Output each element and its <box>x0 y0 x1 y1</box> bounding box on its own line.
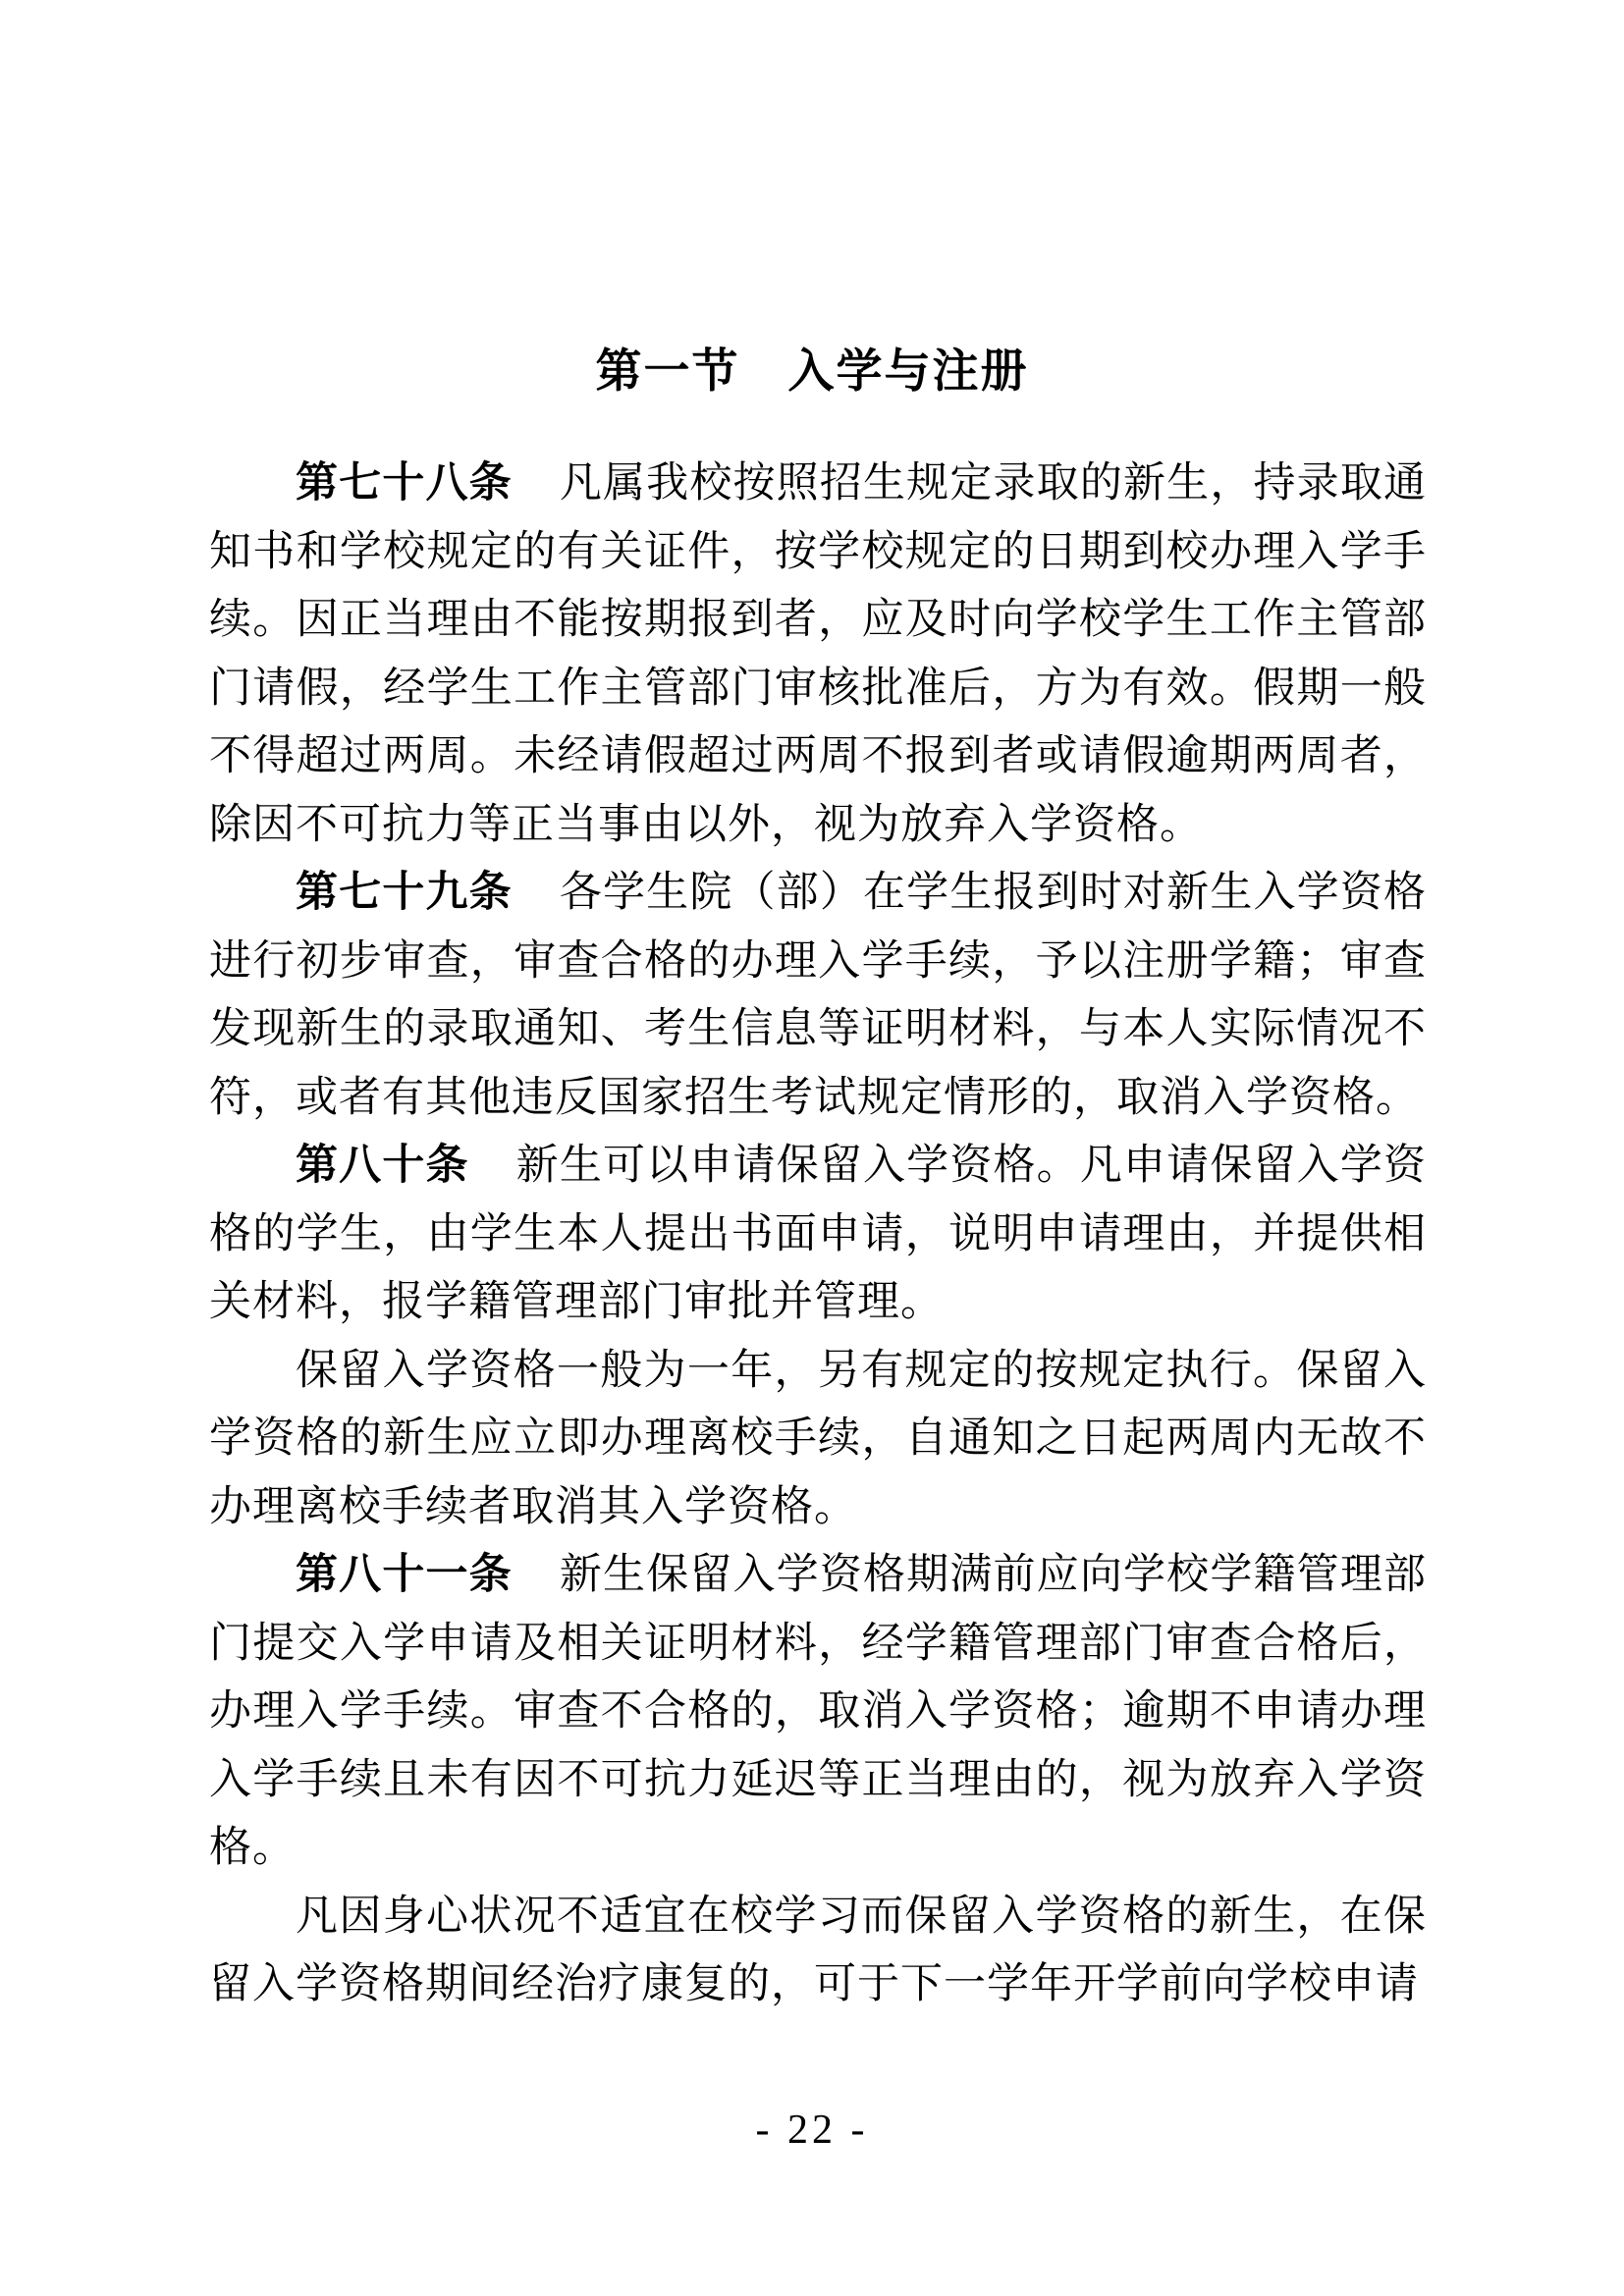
paragraph-text: 新生保留入学资格期满前应向学校学籍管理部门提交入学申请及相关证明材料，经学籍管理… <box>209 1552 1427 1871</box>
paragraph-article-81-continuation: 凡因身心状况不适宜在校学习而保留入学资格的新生，在保留入学资格期间经治疗康复的，… <box>209 1883 1427 2019</box>
paragraph-article-80: 第八十条新生可以申请保留入学资格。凡申请保留入学资格的学生，由学生本人提出书面申… <box>209 1132 1427 1337</box>
page-number: - 22 - <box>0 2103 1624 2158</box>
article-number: 第八十条 <box>296 1143 469 1189</box>
document-page: 第一节 入学与注册 第七十八条凡属我校按照招生规定录取的新生，持录取通知书和学校… <box>0 0 1624 2296</box>
paragraph-article-79: 第七十九条各学生院（部）在学生报到时对新生入学资格进行初步审查，审查合格的办理入… <box>209 859 1427 1132</box>
article-number: 第八十一条 <box>296 1552 513 1598</box>
paragraph-text: 凡属我校按照招生规定录取的新生，持录取通知书和学校规定的有关证件，按学校规定的日… <box>209 460 1427 848</box>
article-number: 第七十八条 <box>296 460 513 507</box>
paragraph-text: 保留入学资格一般为一年，另有规定的按规定执行。保留入学资格的新生应立即办理离校手… <box>209 1348 1427 1530</box>
paragraph-article-81: 第八十一条新生保留入学资格期满前应向学校学籍管理部门提交入学申请及相关证明材料，… <box>209 1541 1427 1883</box>
article-number: 第七十九条 <box>296 870 513 916</box>
paragraph-text: 凡因身心状况不适宜在校学习而保留入学资格的新生，在保留入学资格期间经治疗康复的，… <box>209 1894 1427 2008</box>
document-body: 第七十八条凡属我校按照招生规定录取的新生，持录取通知书和学校规定的有关证件，按学… <box>209 450 1427 2019</box>
paragraph-article-80-continuation: 保留入学资格一般为一年，另有规定的按规定执行。保留入学资格的新生应立即办理离校手… <box>209 1337 1427 1542</box>
paragraph-article-78: 第七十八条凡属我校按照招生规定录取的新生，持录取通知书和学校规定的有关证件，按学… <box>209 450 1427 859</box>
section-title: 第一节 入学与注册 <box>0 343 1624 401</box>
